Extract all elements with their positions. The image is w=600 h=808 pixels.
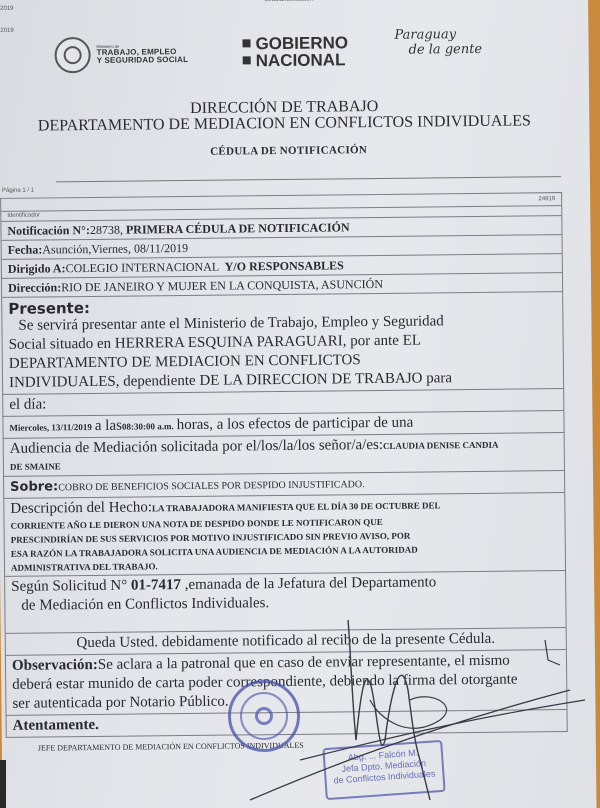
margin-date: 2019 [0,6,13,12]
a-las: a las [95,418,122,434]
solicitud-suffix: ,emanada de la Jefatura del Departamento [185,574,437,593]
notification-form: 24919 Identificador Notificación N°:2873… [0,192,568,738]
sobre-label: Sobre: [10,479,58,495]
print-header: Cedulanotificacion [264,0,313,3]
solicitud-row: Según Solicitud N° 01-7417 ,emanada de l… [5,571,566,634]
sobre-value: COBRO DE BENEFICIOS SOCIALES POR DESPIDO… [58,479,365,493]
dirigido-suffix: Y/O RESPONSABLES [225,258,344,273]
presente-row: Presente: Se servirá presentar ante el M… [2,292,563,395]
slogan-line2: de la gente [395,42,483,58]
background-edge [0,760,6,808]
solicitud-number: 01-7417 [131,577,181,594]
audiencia-row: Audiencia de Mediación solicitada por el… [4,433,564,477]
direccion-label: Dirección: [8,280,61,295]
audiencia-text: Audiencia de Mediación solicitada por el… [10,437,383,457]
direccion-value: RIO DE JANEIRO Y MUJER EN LA CONQUISTA, … [61,277,383,294]
square-icon [243,56,251,64]
solicitud-prefix: Según Solicitud N° [11,578,127,595]
notificacion-label: Notificación N°: [7,223,90,238]
official-round-stamp [228,680,300,752]
slogan-line1: Paraguay [394,27,482,43]
square-icon [242,39,250,47]
document-page: Cedulanotificacion 2019 2019 Ministerio … [0,0,597,808]
ministerio-logo: Ministerio de TRABAJO, EMPLEO Y SEGURIDA… [54,36,188,73]
hecho-row: Descripción del Hecho:LA TRABAJADORA MAN… [4,493,565,577]
notificacion-type: PRIMERA CÉDULA DE NOTIFICACIÓN [126,220,350,236]
solicitante: CLAUDIA DENISE CANDIA [383,440,499,451]
hora-suffix: horas, a los efectos de participar de un… [177,415,414,433]
hecho-line: LA TRABAJADORA MANIFIESTA QUE EL DÍA 30 … [152,500,441,513]
ministerio-line2: Y SEGURIDAD SOCIAL [97,56,189,65]
gobierno-line2: NACIONAL [256,50,346,70]
divider [56,176,561,182]
gobierno-nacional-logo: GOBIERNO NACIONAL [242,34,348,69]
slogan-logo: Paraguay de la gente [394,27,482,58]
hora: 08:30:00 a.m. [122,421,174,432]
fecha-value: Asunción,Viernes, 08/11/2019 [42,241,188,257]
page-indicator: Página 1 / 1 [2,188,34,194]
logo-banner: Ministerio de TRABAJO, EMPLEO Y SEGURIDA… [54,25,495,86]
national-seal-icon [54,37,90,73]
dirigido-label: Dirigido A: [8,261,66,276]
fecha-audiencia: Miercoles, 13/11/2019 [9,422,91,433]
fecha-label: Fecha: [8,243,43,257]
official-name-stamp: Abg. ... Falcón M. Jefa Dpto. Mediación … [322,740,445,800]
hecho-label: Descripción del Hecho: [10,499,152,516]
dirigido-value: COLEGIO INTERNACIONAL [65,260,218,276]
notificacion-value: 28738, [90,223,123,237]
observacion-line: Se aclara a la patronal que en caso de e… [98,653,510,673]
observacion-label: Observación: [12,657,98,674]
title-cedula: CÉDULA DE NOTIFICACIÓN [0,142,586,160]
margin-date: 2019 [0,28,13,34]
